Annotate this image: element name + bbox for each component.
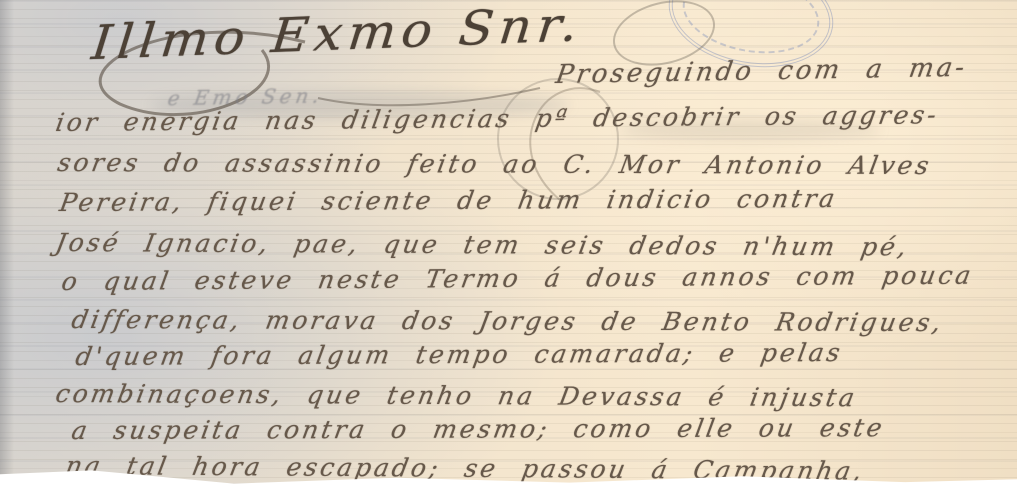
manuscript-line: sores do assassinio feito ao C. Mor Anto… <box>55 148 934 180</box>
manuscript-line: a suspeita contra o mesmo; como elle ou … <box>69 413 887 445</box>
manuscript-line: na tal hora escapado; se passou á Campan… <box>63 451 867 486</box>
manuscript-line: d'quem fora algum tempo camarada; e pela… <box>74 338 846 371</box>
manuscript-line: differença, morava dos Jorges de Bento R… <box>69 305 946 337</box>
scanned-manuscript-page: Illmo Exmo Snr. e Emo Sen. Proseguindo c… <box>0 0 1017 493</box>
manuscript-line: Pereira, fiquei sciente de hum indicio c… <box>58 184 840 217</box>
manuscript-line: combinaçoens, que tenho na Devassa é inj… <box>53 379 859 412</box>
manuscript-line: José Ignacio, pae, que tem seis dedos n'… <box>53 228 911 261</box>
paper-left-edge-shadow <box>0 0 14 493</box>
paper-sheet: Illmo Exmo Snr. e Emo Sen. Proseguindo c… <box>0 0 1017 493</box>
